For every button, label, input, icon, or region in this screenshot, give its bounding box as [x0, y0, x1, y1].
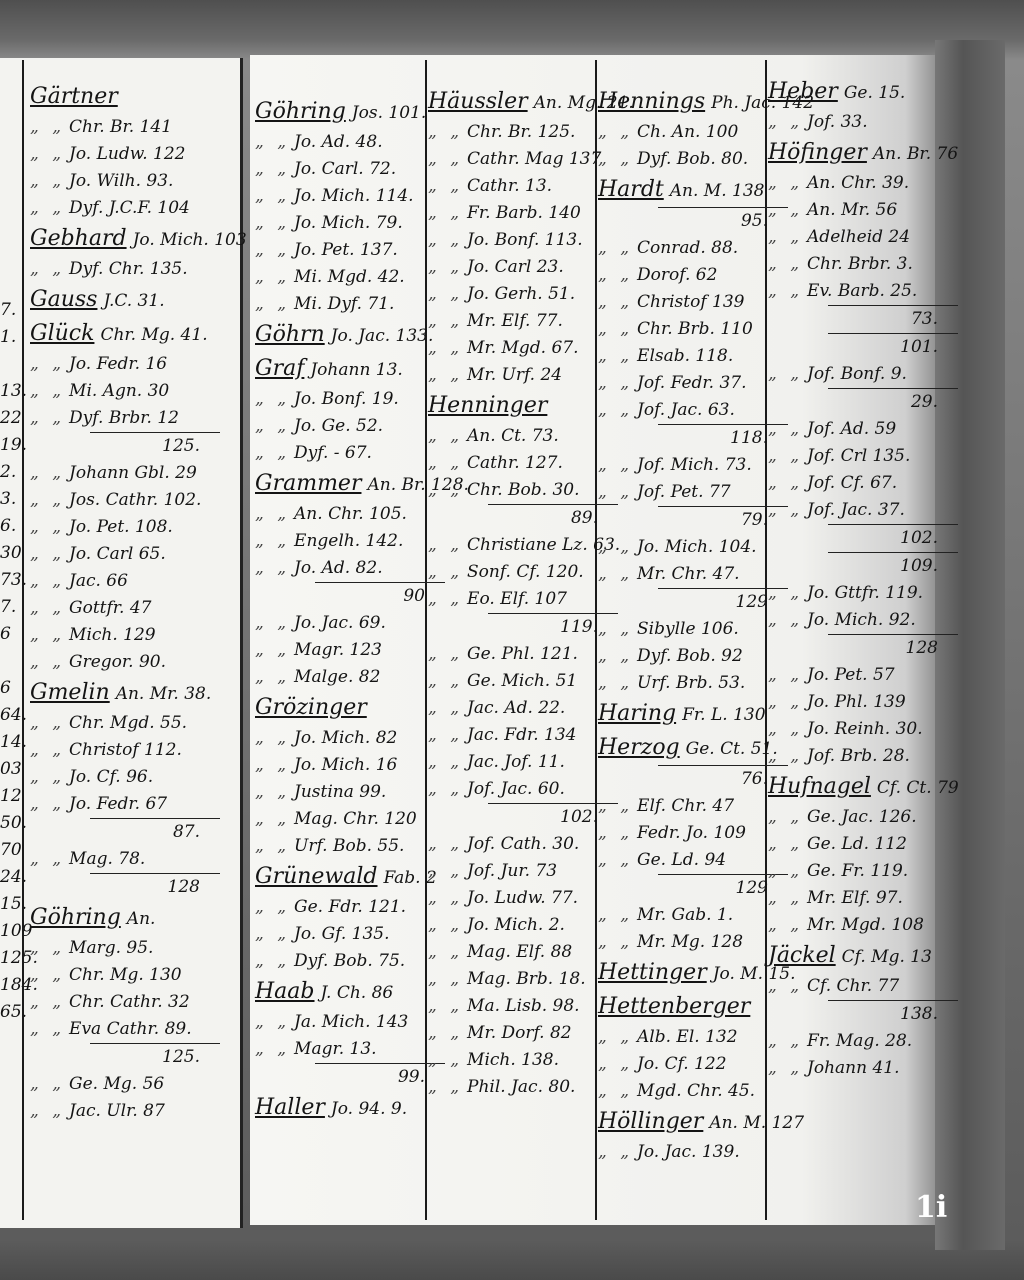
register-column-5: HeberGe. 15.„ „Jof. 33.HöfingerAn. Br. 7…	[768, 75, 928, 1082]
entry-text: Ch. An. 100	[637, 122, 738, 142]
entry-text: 99.	[398, 1067, 425, 1087]
entry-text: Jo. Cf. 96.	[69, 767, 153, 787]
ditto-mark: „ „	[768, 200, 807, 220]
entry-text: 95.	[741, 211, 768, 231]
surname-heading: GlückChr. Mg. 41.	[30, 317, 230, 351]
ditto-mark: „ „	[30, 1074, 69, 1094]
ditto-mark: „ „	[768, 915, 807, 935]
surname: Grözinger	[255, 695, 367, 720]
entry-text: Chr. Cathr. 32	[69, 992, 190, 1012]
ditto-mark: „ „	[598, 482, 637, 502]
first-entry: Johann 13.	[310, 353, 402, 387]
register-entry: „ „Alb. El. 132	[598, 1024, 763, 1051]
ditto-mark: „ „	[255, 389, 294, 409]
entry-text: Jof. Bonf. 9.	[807, 364, 907, 384]
entry-text: Jos. Cathr. 102.	[69, 490, 201, 510]
entry-text: Mich. 129	[69, 625, 156, 645]
surname-heading: Gärtner	[30, 80, 230, 114]
entry-text: Dorof. 62	[637, 265, 717, 285]
entry-text: Johann Gbl. 29	[69, 463, 197, 483]
register-entry: „ „Jof. 33.	[768, 109, 928, 136]
ditto-mark: „ „	[255, 782, 294, 802]
register-entry: „ „Elf. Chr. 47	[598, 793, 763, 820]
ditto-mark: „ „	[428, 122, 467, 142]
register-entry: „ „Jo. Ge. 52.	[255, 413, 425, 440]
register-entry: „ „Mi. Dyf. 71.	[255, 291, 425, 318]
ditto-mark: „ „	[768, 419, 807, 439]
entry-text: Jo. Mich. 82	[294, 728, 397, 748]
surname: Göhring	[30, 905, 121, 930]
ditto-mark: „ „	[428, 257, 467, 277]
surname: Gebhard	[30, 226, 127, 251]
entry-text: Jof. Ad. 59	[807, 419, 896, 439]
entry-text: Jof. Jur. 73	[467, 861, 557, 881]
register-entry: „ „Magr. 123	[255, 637, 425, 664]
ditto-mark: „ „	[598, 238, 637, 258]
register-entry: „ „Jof. Jac. 37.	[768, 497, 928, 524]
register-entry: „ „Mr. Dorf. 82	[428, 1020, 593, 1047]
ditto-mark: „ „	[428, 834, 467, 854]
entry-text: Dyf. Brbr. 12	[69, 408, 179, 428]
entry-text: Dyf. Chr. 135.	[69, 259, 188, 279]
register-entry: „ „Jo. Ludw. 122	[30, 141, 230, 168]
ditto-mark: „ „	[768, 281, 807, 301]
surname: Heber	[768, 79, 838, 104]
entry-text: Ge. Fdr. 121.	[294, 897, 406, 917]
register-entry: „ „Jof. Bonf. 9.	[768, 361, 928, 388]
entry-text: Jo. Pet. 57	[807, 665, 895, 685]
entry-text: Mr. Gab. 1.	[637, 905, 733, 925]
entry-text: An. Chr. 39.	[807, 173, 909, 193]
surname: Hufnagel	[768, 774, 871, 799]
entry-text: 129	[736, 878, 768, 898]
register-entry: „ „Dyf. Bob. 75.	[255, 948, 425, 975]
register-entry: „ „Jo. Pet. 137.	[255, 237, 425, 264]
register-entry: „ „Jo. Mich. 104.	[598, 534, 763, 561]
ditto-mark: „ „	[255, 951, 294, 971]
ditto-mark: „ „	[30, 144, 69, 164]
ditto-mark: „ „	[255, 416, 294, 436]
entry-text: Jo. Ad. 48.	[294, 132, 383, 152]
subtotal-entry: 125.	[90, 1043, 220, 1071]
register-entry: „ „Jo. Pet. 57	[768, 662, 928, 689]
entry-text: Dyf. Bob. 75.	[294, 951, 405, 971]
register-entry: „ „Jof. Fedr. 37.	[598, 370, 763, 397]
register-entry: „ „Chr. Br. 125.	[428, 119, 593, 146]
entry-text: Phil. Jac. 80.	[467, 1077, 575, 1097]
register-entry: „ „Mr. Mgd. 67.	[428, 335, 593, 362]
surname-heading: HenningsPh. Jac. 142	[598, 85, 763, 119]
entry-text: Engelh. 142.	[294, 531, 403, 551]
register-entry: „ „Jof. Jac. 63.	[598, 397, 763, 424]
entry-text: Dyf. - 67.	[294, 443, 372, 463]
ditto-mark: „ „	[255, 132, 294, 152]
ditto-mark: „ „	[428, 1023, 467, 1043]
register-entry: „ „Jos. Cathr. 102.	[30, 487, 230, 514]
register-entry: „ „Mr. Mg. 128	[598, 929, 763, 956]
entry-text: Jo. Fedr. 67	[69, 794, 167, 814]
entry-text: Jo. Gerh. 51.	[467, 284, 575, 304]
entry-text: 79.	[741, 510, 768, 530]
register-entry: „ „Jo. Gf. 135.	[255, 921, 425, 948]
surname-heading: HöllingerAn. M. 127	[598, 1105, 763, 1139]
register-entry: „ „Dyf. J.C.F. 104	[30, 195, 230, 222]
register-entry: „ „Jo. Mich. 114.	[255, 183, 425, 210]
surname-heading: GebhardJo. Mich. 103	[30, 222, 230, 256]
entry-text: Jof. Cath. 30.	[467, 834, 579, 854]
entry-text: Mr. Elf. 77.	[467, 311, 563, 331]
surname-heading: HardtAn. M. 138	[598, 173, 763, 207]
register-entry: „ „Mich. 138.	[428, 1047, 593, 1074]
register-entry: „ „Jo. Mich. 2.	[428, 912, 593, 939]
surname-heading: HettingerJo. M. 15.	[598, 956, 763, 990]
surname-heading: GöhringJos. 101.	[255, 95, 425, 129]
surname-heading: GaussJ.C. 31.	[30, 283, 230, 317]
entry-text: Jo. Carl. 72.	[294, 159, 396, 179]
first-entry: An. M. 138	[670, 174, 765, 208]
entry-text: Mr. Mgd. 108	[807, 915, 924, 935]
register-entry: „ „Dyf. Bob. 80.	[598, 146, 763, 173]
ditto-mark: „ „	[768, 834, 807, 854]
register-entry: „ „Magr. 13.	[255, 1036, 425, 1063]
entry-text: Ja. Mich. 143	[294, 1012, 408, 1032]
surname: Graf	[255, 356, 304, 381]
entry-text: Mr. Dorf. 82	[467, 1023, 572, 1043]
register-entry: „ „Jo. Mich. 82	[255, 725, 425, 752]
ditto-mark: „ „	[428, 176, 467, 196]
entry-text: Jo. Carl 23.	[467, 257, 564, 277]
ditto-mark: „ „	[768, 254, 807, 274]
subtotal-entry: 102.	[828, 524, 958, 552]
ditto-mark: „ „	[428, 203, 467, 223]
entry-text: Jo. Reinh. 30.	[807, 719, 923, 739]
ditto-mark: „ „	[768, 583, 807, 603]
first-entry: Jo. Jac. 133.	[331, 319, 434, 353]
register-entry: „ „Jof. Cath. 30.	[428, 831, 593, 858]
entry-text: Mi. Mgd. 42.	[294, 267, 405, 287]
surname: Höllinger	[598, 1109, 703, 1134]
ditto-mark: „ „	[255, 728, 294, 748]
ditto-mark: „ „	[30, 713, 69, 733]
register-entry: „ „Chr. Brbr. 3.	[768, 251, 928, 278]
surname-heading: HaabJ. Ch. 86	[255, 975, 425, 1009]
ditto-mark: „ „	[30, 1101, 69, 1121]
entry-text: Chr. Brbr. 3.	[807, 254, 913, 274]
entry-text: Mag. Elf. 88	[467, 942, 572, 962]
entry-text: Dyf. Bob. 92	[637, 646, 743, 666]
ditto-mark: „ „	[255, 443, 294, 463]
ditto-mark: „ „	[598, 346, 637, 366]
entry-text: Chr. Mg. 130	[69, 965, 182, 985]
entry-text: Cathr. 13.	[467, 176, 552, 196]
first-entry: J. Ch. 86	[321, 976, 394, 1010]
entry-text: Jac. Ulr. 87	[69, 1101, 165, 1121]
register-entry: „ „Dorof. 62	[598, 262, 763, 289]
register-entry: „ „Mi. Mgd. 42.	[255, 264, 425, 291]
ditto-mark: „ „	[768, 364, 807, 384]
register-column-4: HenningsPh. Jac. 142„ „Ch. An. 100„ „Dyf…	[598, 85, 763, 1166]
register-entry: „ „Jo. Carl 23.	[428, 254, 593, 281]
surname: Gärtner	[30, 84, 118, 109]
entry-text: Jo. Wilh. 93.	[69, 171, 173, 191]
entry-text: Jof. Cf. 67.	[807, 473, 897, 493]
ditto-mark: „ „	[598, 400, 637, 420]
subtotal-entry: 125.	[90, 432, 220, 460]
entry-text: Jo. Ad. 82.	[294, 558, 383, 578]
register-entry: „ „Chr. Cathr. 32	[30, 989, 230, 1016]
register-entry: „ „Jac. Fdr. 134	[428, 722, 593, 749]
entry-text: Eo. Elf. 107	[467, 589, 567, 609]
register-entry: „ „Ge. Fdr. 121.	[255, 894, 425, 921]
register-entry: „ „Christiane Lz. 63.	[428, 532, 593, 559]
entry-text: Jac. Ad. 22.	[467, 698, 565, 718]
ditto-mark: „ „	[598, 796, 637, 816]
entry-text: Alb. El. 132	[637, 1027, 738, 1047]
entry-text: Mag. 78.	[69, 849, 145, 869]
ditto-mark: „ „	[255, 213, 294, 233]
register-entry: „ „Jof. Pet. 77	[598, 479, 763, 506]
ditto-mark: „ „	[598, 122, 637, 142]
surname: Haab	[255, 979, 315, 1004]
entry-text: Chr. Mgd. 55.	[69, 713, 187, 733]
register-entry: „ „Chr. Brb. 110	[598, 316, 763, 343]
entry-text: 125.	[162, 1047, 200, 1067]
register-entry: „ „Elsab. 118.	[598, 343, 763, 370]
ditto-mark: „ „	[768, 976, 807, 996]
ditto-mark: „ „	[30, 517, 69, 537]
surname-heading: Hettenberger	[598, 990, 763, 1024]
first-entry: Chr. Mg. 41.	[100, 318, 207, 352]
register-entry: „ „Cf. Chr. 77	[768, 973, 928, 1000]
entry-text: Mr. Elf. 97.	[807, 888, 903, 908]
entry-text: Conrad. 88.	[637, 238, 738, 258]
entry-text: Jo. Ludw. 77.	[467, 888, 578, 908]
register-entry: „ „Mich. 129	[30, 622, 230, 649]
entry-text: Jof. Brb. 28.	[807, 746, 910, 766]
register-entry: „ „Cathr. 13.	[428, 173, 593, 200]
subtotal-entry: 109.	[828, 552, 958, 580]
ditto-mark: „ „	[428, 535, 467, 555]
first-entry: An. M. 127	[709, 1106, 804, 1140]
entry-text: 119.	[560, 617, 598, 637]
surname-heading: Grözinger	[255, 691, 425, 725]
ditto-mark: „ „	[768, 665, 807, 685]
entry-text: Mr. Chr. 47.	[637, 564, 740, 584]
ditto-mark: „ „	[255, 267, 294, 287]
entry-text: Jo. Mich. 92.	[807, 610, 916, 630]
register-entry: „ „Jo. Cf. 96.	[30, 764, 230, 791]
register-entry: „ „Johann 41.	[768, 1055, 928, 1082]
register-entry: „ „Jo. Wilh. 93.	[30, 168, 230, 195]
ditto-mark: „ „	[30, 598, 69, 618]
entry-text: Mich. 138.	[467, 1050, 559, 1070]
register-entry: „ „Jo. Carl 65.	[30, 541, 230, 568]
entry-text: Jo. Jac. 69.	[294, 613, 386, 633]
register-entry: „ „Ge. Ld. 94	[598, 847, 763, 874]
entry-text: Cf. Chr. 77	[807, 976, 899, 996]
entry-text: Jo. Ge. 52.	[294, 416, 383, 436]
register-entry: „ „An. Ct. 73.	[428, 423, 593, 450]
register-entry: „ „Mgd. Chr. 45.	[598, 1078, 763, 1105]
ditto-mark: „ „	[428, 996, 467, 1016]
subtotal-entry: 101.	[828, 333, 958, 361]
ditto-mark: „ „	[30, 571, 69, 591]
ditto-mark: „ „	[598, 905, 637, 925]
entry-text: Mag. Chr. 120	[294, 809, 417, 829]
register-entry: „ „Jo. Pet. 108.	[30, 514, 230, 541]
register-entry: „ „Jac. Ulr. 87	[30, 1098, 230, 1125]
ditto-mark: „ „	[255, 159, 294, 179]
ditto-mark: „ „	[428, 671, 467, 691]
entry-text: Mr. Mgd. 67.	[467, 338, 579, 358]
entry-text: Jo. Fedr. 16	[69, 354, 167, 374]
ditto-mark: „ „	[428, 915, 467, 935]
first-entry: Jo. 94. 9.	[331, 1092, 407, 1126]
ditto-mark: „ „	[428, 230, 467, 250]
ditto-mark: „ „	[428, 480, 467, 500]
first-entry: Cf. Ct. 79	[877, 771, 959, 805]
ditto-mark: „ „	[255, 836, 294, 856]
ditto-mark: „ „	[255, 504, 294, 524]
surname-heading: GmelinAn. Mr. 38.	[30, 676, 230, 710]
ditto-mark: „ „	[598, 564, 637, 584]
ditto-mark: „ „	[428, 1050, 467, 1070]
register-entry: „ „Ma. Lisb. 98.	[428, 993, 593, 1020]
entry-text: Urf. Brb. 53.	[637, 673, 745, 693]
ditto-mark: „ „	[30, 1019, 69, 1039]
ditto-mark: „ „	[255, 240, 294, 260]
surname-heading: HerzogGe. Ct. 51.	[598, 731, 763, 765]
register-entry: „ „Jo. Bonf. 19.	[255, 386, 425, 413]
register-entry: „ „Cathr. Mag 137	[428, 146, 593, 173]
surname-heading: Henninger	[428, 389, 593, 423]
register-entry: „ „Mr. Mgd. 108	[768, 912, 928, 939]
register-column-1: Gärtner„ „Chr. Br. 141„ „Jo. Ludw. 122„ …	[30, 80, 230, 1125]
register-entry: „ „Christof 112.	[30, 737, 230, 764]
register-entry: „ „Jo. Carl. 72.	[255, 156, 425, 183]
ditto-mark: „ „	[598, 850, 637, 870]
entry-text: 138.	[900, 1004, 938, 1024]
register-entry: „ „Marg. 95.	[30, 935, 230, 962]
register-entry: „ „An. Chr. 39.	[768, 170, 928, 197]
entry-text: Ge. Phl. 121.	[467, 644, 578, 664]
ditto-mark: „ „	[598, 1081, 637, 1101]
register-entry: „ „Jo. Ad. 48.	[255, 129, 425, 156]
surname-heading: GrafJohann 13.	[255, 352, 425, 386]
ditto-mark: „ „	[428, 453, 467, 473]
entry-text: Ev. Barb. 25.	[807, 281, 917, 301]
surname: Herzog	[598, 735, 680, 760]
ditto-mark: „ „	[598, 319, 637, 339]
ditto-mark: „ „	[30, 849, 69, 869]
ditto-mark: „ „	[768, 1031, 807, 1051]
ditto-mark: „ „	[768, 473, 807, 493]
entry-text: Ge. Jac. 126.	[807, 807, 917, 827]
register-entry: „ „Ge. Jac. 126.	[768, 804, 928, 831]
entry-text: Mi. Dyf. 71.	[294, 294, 394, 314]
ditto-mark: „ „	[30, 740, 69, 760]
surname: Glück	[30, 321, 94, 346]
entry-text: Jof. 33.	[807, 112, 868, 132]
entry-text: Chr. Bob. 30.	[467, 480, 579, 500]
register-entry: „ „Jo. Fedr. 16	[30, 351, 230, 378]
register-entry: „ „Jo. Ludw. 77.	[428, 885, 593, 912]
ditto-mark: „ „	[255, 558, 294, 578]
surname: Grammer	[255, 471, 361, 496]
entry-text: Mi. Agn. 30	[69, 381, 169, 401]
entry-text: 87.	[173, 822, 200, 842]
ditto-mark: „ „	[30, 938, 69, 958]
entry-text: Gottfr. 47	[69, 598, 151, 618]
entry-text: 102.	[560, 807, 598, 827]
register-entry: „ „Jac. 66	[30, 568, 230, 595]
register-column-2: GöhringJos. 101.„ „Jo. Ad. 48.„ „Jo. Car…	[255, 95, 425, 1125]
register-entry: „ „Ch. An. 100	[598, 119, 763, 146]
register-entry: „ „Fr. Mag. 28.	[768, 1028, 928, 1055]
entry-text: Urf. Bob. 55.	[294, 836, 404, 856]
register-entry: „ „Eo. Elf. 107	[428, 586, 593, 613]
register-entry: „ „Fr. Barb. 140	[428, 200, 593, 227]
register-entry: „ „Chr. Mgd. 55.	[30, 710, 230, 737]
entry-text: Jo. Bonf. 113.	[467, 230, 583, 250]
entry-text: Cathr. 127.	[467, 453, 563, 473]
entry-text: 118.	[730, 428, 768, 448]
ditto-mark: „ „	[30, 117, 69, 137]
ditto-mark: „ „	[255, 924, 294, 944]
surname-heading: GöhringAn.	[30, 901, 230, 935]
register-entry: „ „Jo. Gttfr. 119.	[768, 580, 928, 607]
subtotal-entry: 29.	[828, 388, 958, 416]
first-entry: Jo. Mich. 103	[133, 223, 247, 257]
register-entry: „ „Engelh. 142.	[255, 528, 425, 555]
entry-text: Cathr. Mag 137	[467, 149, 601, 169]
ditto-mark: „ „	[428, 562, 467, 582]
entry-text: Eva Cathr. 89.	[69, 1019, 192, 1039]
entry-text: Jo. Phl. 139	[807, 692, 906, 712]
ditto-mark: „ „	[30, 463, 69, 483]
ditto-mark: „ „	[30, 381, 69, 401]
entry-text: Mgd. Chr. 45.	[637, 1081, 755, 1101]
register-entry: „ „Chr. Br. 141	[30, 114, 230, 141]
register-entry: „ „Mr. Elf. 97.	[768, 885, 928, 912]
register-entry: „ „Fedr. Jo. 109	[598, 820, 763, 847]
register-entry: „ „Dyf. Bob. 92	[598, 643, 763, 670]
entry-text: Adelheid 24	[807, 227, 910, 247]
register-entry: „ „Jof. Jac. 60.	[428, 776, 593, 803]
column-rule	[425, 60, 427, 1220]
entry-text: An. Mr. 56	[807, 200, 897, 220]
entry-text: Jof. Jac. 37.	[807, 500, 905, 520]
ditto-mark: „ „	[30, 408, 69, 428]
register-entry: „ „Jo. Phl. 139	[768, 689, 928, 716]
surname: Gmelin	[30, 680, 110, 705]
ditto-mark: „ „	[598, 149, 637, 169]
ditto-mark: „ „	[255, 1012, 294, 1032]
entry-text: Johann 41.	[807, 1058, 899, 1078]
register-entry: „ „Ev. Barb. 25.	[768, 278, 928, 305]
ditto-mark: „ „	[598, 646, 637, 666]
ditto-mark: „ „	[598, 373, 637, 393]
register-entry: „ „Urf. Bob. 55.	[255, 833, 425, 860]
register-entry: „ „Christof 139	[598, 289, 763, 316]
ditto-mark: „ „	[428, 589, 467, 609]
entry-text: 76.	[741, 769, 768, 789]
ditto-mark: „ „	[428, 779, 467, 799]
register-entry: „ „Mr. Elf. 77.	[428, 308, 593, 335]
surname-heading: HufnagelCf. Ct. 79	[768, 770, 928, 804]
ditto-mark: „ „	[428, 284, 467, 304]
ditto-mark: „ „	[30, 767, 69, 787]
